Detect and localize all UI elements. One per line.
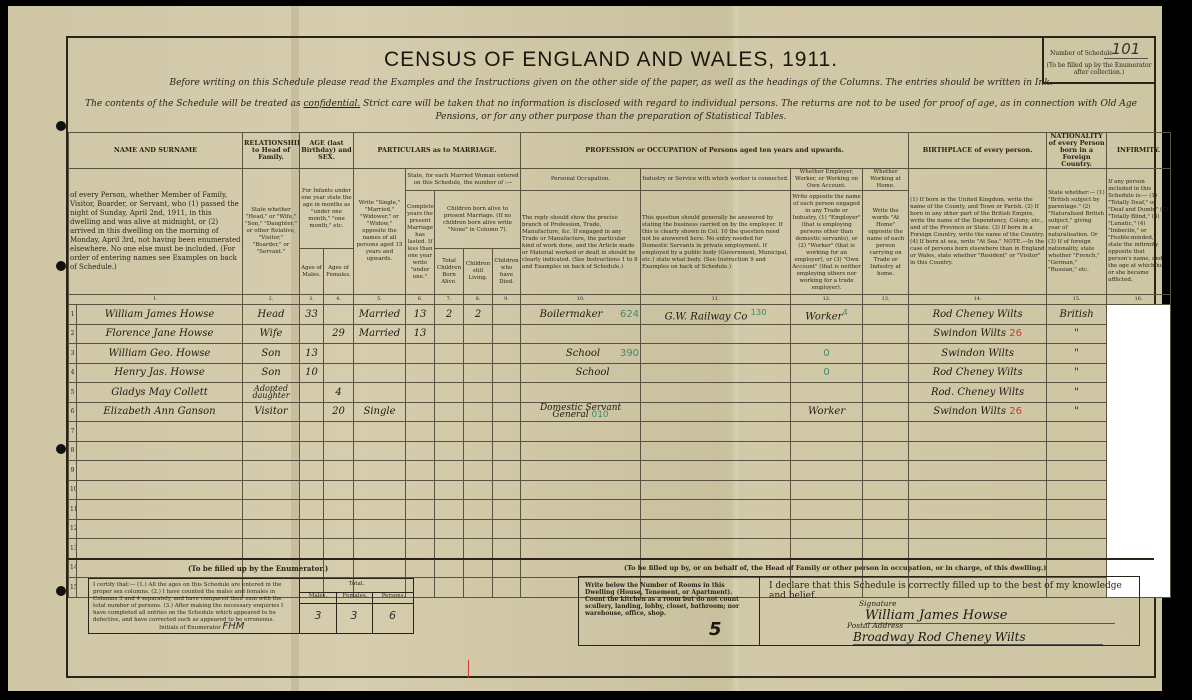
census-schedule-paper: CENSUS OF ENGLAND AND WALES, 1911. Befor… bbox=[8, 6, 1162, 691]
table-row: 12 bbox=[69, 519, 1171, 539]
name-cell: William James Howse bbox=[77, 305, 243, 325]
bottom-section: (To be filled up by the Enumerator.) I c… bbox=[68, 558, 1154, 678]
rooms-count: 5 bbox=[709, 619, 722, 640]
instruction-line: Before writing on this Schedule please r… bbox=[68, 78, 1154, 88]
declaration-text: I declare that this Schedule is correctl… bbox=[769, 581, 1139, 601]
table-row: 13 bbox=[69, 539, 1171, 559]
header-row: NAME AND SURNAME RELATIONSHIP to Head of… bbox=[69, 133, 1171, 169]
page-title: CENSUS OF ENGLAND AND WALES, 1911. bbox=[68, 48, 1154, 72]
punch-hole bbox=[56, 121, 66, 131]
census-table: NAME AND SURNAME RELATIONSHIP to Head of… bbox=[68, 132, 1171, 598]
total-persons: 6 bbox=[372, 609, 413, 622]
table-row: 3 William Geo. Howse Son 13 School 390 0… bbox=[69, 344, 1171, 364]
table-row: 5 Gladys May Collett Adopted daughter 4 … bbox=[69, 383, 1171, 403]
enumerator-box: I certify that:— (1.) All the ages on th… bbox=[88, 578, 414, 634]
totals-box: Total. Males. Females. Persons. 3 3 6 bbox=[299, 579, 413, 633]
table-row: 4 Henry Jas. Howse Son 10 School 0 Rod C… bbox=[69, 363, 1171, 383]
punch-hole bbox=[56, 586, 66, 596]
punch-hole bbox=[56, 261, 66, 271]
table-row: 11 bbox=[69, 500, 1171, 520]
schedule-frame: CENSUS OF ENGLAND AND WALES, 1911. Befor… bbox=[66, 36, 1156, 678]
enumerator-initials: FHM bbox=[223, 621, 245, 632]
punch-hole bbox=[56, 444, 66, 454]
column-number-row: 1. 2. 3. 4. 5. 6. 7. 8. 9. 10. 11. 12. 1… bbox=[69, 295, 1171, 305]
head-of-family-caption: (To be filled up by, or on behalf of, th… bbox=[624, 564, 1046, 572]
table-row: 8 bbox=[69, 441, 1171, 461]
red-check-mark bbox=[468, 660, 469, 678]
table-row: 1 William James Howse Head 33 Married 13… bbox=[69, 305, 1171, 325]
rooms-box: Write below the Number of Rooms in this … bbox=[579, 577, 760, 645]
declaration-box: Write below the Number of Rooms in this … bbox=[578, 576, 1140, 646]
postal-address: Broadway Rod Cheney Wilts bbox=[853, 630, 1103, 645]
total-males: 3 bbox=[300, 609, 336, 622]
table-row: 7 bbox=[69, 422, 1171, 442]
table-row: 9 bbox=[69, 461, 1171, 481]
table-row: 10 bbox=[69, 480, 1171, 500]
total-females: 3 bbox=[336, 609, 372, 622]
confidential-notice: The contents of the Schedule will be tre… bbox=[76, 98, 1146, 124]
redacted-infirmity bbox=[1107, 305, 1171, 598]
schedule-number-box: Number of Schedule 101 (To be filled up … bbox=[1042, 36, 1156, 84]
postal-address-line: Postal Address Broadway Rod Cheney Wilts bbox=[847, 621, 1139, 645]
enumerator-caption: (To be filled up by the Enumerator.) bbox=[188, 564, 328, 573]
schedule-number: 101 bbox=[1104, 40, 1148, 59]
table-row: 6 Elizabeth Ann Ganson Visitor 20 Single… bbox=[69, 402, 1171, 422]
table-row: 2 Florence Jane Howse Wife 29 Married 13… bbox=[69, 324, 1171, 344]
